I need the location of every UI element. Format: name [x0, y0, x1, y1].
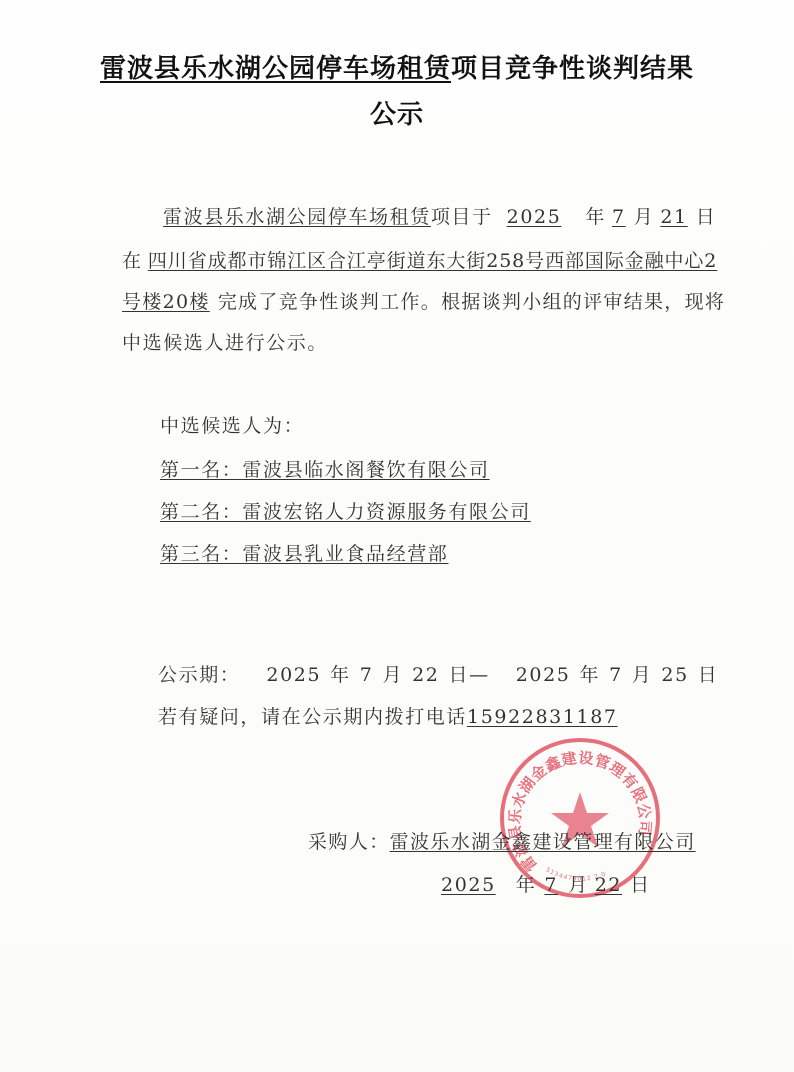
purchaser-date-year: 2025: [423, 874, 516, 896]
negotiation-year: 2025: [493, 206, 580, 228]
candidate-name: 雷波宏铭人力资源服务有限公司: [242, 501, 530, 523]
period-start-year: 2025: [266, 664, 321, 686]
negotiation-month: 7: [606, 206, 634, 228]
paragraph-rest-line-3: 完成了竞争性谈判工作。根据谈判小组的评审结果，现将: [218, 291, 726, 313]
period-end-day: 25: [661, 664, 688, 686]
candidate-name: 雷波县临水阁餐饮有限公司: [242, 459, 489, 481]
candidate-rank: 第一名：: [160, 459, 242, 481]
candidate-name: 雷波县乳业食品经营部: [242, 543, 448, 565]
contact-phone: 15922831187: [467, 706, 630, 728]
title-rest: 项目竞争性谈判结果: [451, 54, 694, 84]
candidate-item-3: 第三名：雷波县乳业食品经营部: [160, 539, 448, 566]
paragraph-line-3: 号楼20楼完成了竞争性谈判工作。根据谈判小组的评审结果，现将: [122, 287, 725, 314]
candidate-rank: 第三名：: [160, 543, 242, 565]
period-dash: —: [469, 664, 490, 686]
month-unit: 月: [634, 206, 655, 228]
paragraph-line-2: 在四川省成都市锦江区合江亭街道东大街258号西部国际金融中心2: [122, 246, 717, 273]
period-end-year: 2025: [516, 664, 571, 686]
purchaser-date-day: 22: [589, 874, 630, 896]
paragraph-line-1: 雷波县乐水湖公园停车场租赁项目于2025年7月21日: [163, 202, 716, 229]
title-underlined-part: 雷波县乐水湖公园停车场租赁: [100, 54, 451, 84]
location-line-1: 四川省成都市锦江区合江亭街道东大街258号西部国际金融中心2: [142, 250, 717, 272]
period-start-month: 7: [360, 664, 374, 686]
period-end-month: 7: [609, 664, 623, 686]
purchaser-name: 雷波乐水湖金鑫建设管理有限公司: [390, 831, 696, 853]
candidate-item-1: 第一名：雷波县临水阁餐饮有限公司: [160, 455, 490, 482]
at-text: 在: [122, 250, 142, 272]
candidate-item-2: 第二名：雷波宏铭人力资源服务有限公司: [160, 497, 531, 524]
candidate-rank: 第二名：: [160, 501, 242, 523]
purchaser-date-month: 7: [536, 874, 568, 896]
candidates-heading: 中选候选人为：: [160, 411, 304, 438]
location-line-2: 号楼20楼: [122, 291, 218, 313]
purchaser-line: 采购人：雷波乐水湖金鑫建设管理有限公司: [308, 827, 696, 854]
period-label: 公示期：: [158, 664, 240, 686]
contact-text: 若有疑问，请在公示期内拨打电话: [158, 706, 467, 728]
negotiation-day: 21: [654, 206, 695, 228]
project-name: 雷波县乐水湖公园停车场租赁: [163, 206, 431, 228]
day-unit: 日: [696, 206, 717, 228]
contact-line: 若有疑问，请在公示期内拨打电话15922831187: [158, 702, 630, 729]
project-suffix: 项目于: [431, 206, 493, 228]
svg-text:雷波县乐水湖金鑫建设管理有限公司: 雷波县乐水湖金鑫建设管理有限公司: [506, 749, 655, 875]
document-title-line2: 公示: [0, 94, 794, 131]
document-page: 雷波县乐水湖公园停车场租赁项目竞争性谈判结果 公示 雷波县乐水湖公园停车场租赁项…: [0, 0, 794, 1072]
period-start-day: 22: [412, 664, 439, 686]
year-unit: 年: [585, 206, 606, 228]
purchaser-label: 采购人：: [308, 831, 390, 853]
purchaser-date: 2025年7月22日: [423, 870, 651, 897]
document-title: 雷波县乐水湖公园停车场租赁项目竞争性谈判结果: [0, 48, 794, 85]
paragraph-line-4: 中选候选人进行公示。: [122, 328, 328, 355]
publicity-period: 公示期：2025年7月22日—2025年7月25日: [158, 660, 718, 687]
